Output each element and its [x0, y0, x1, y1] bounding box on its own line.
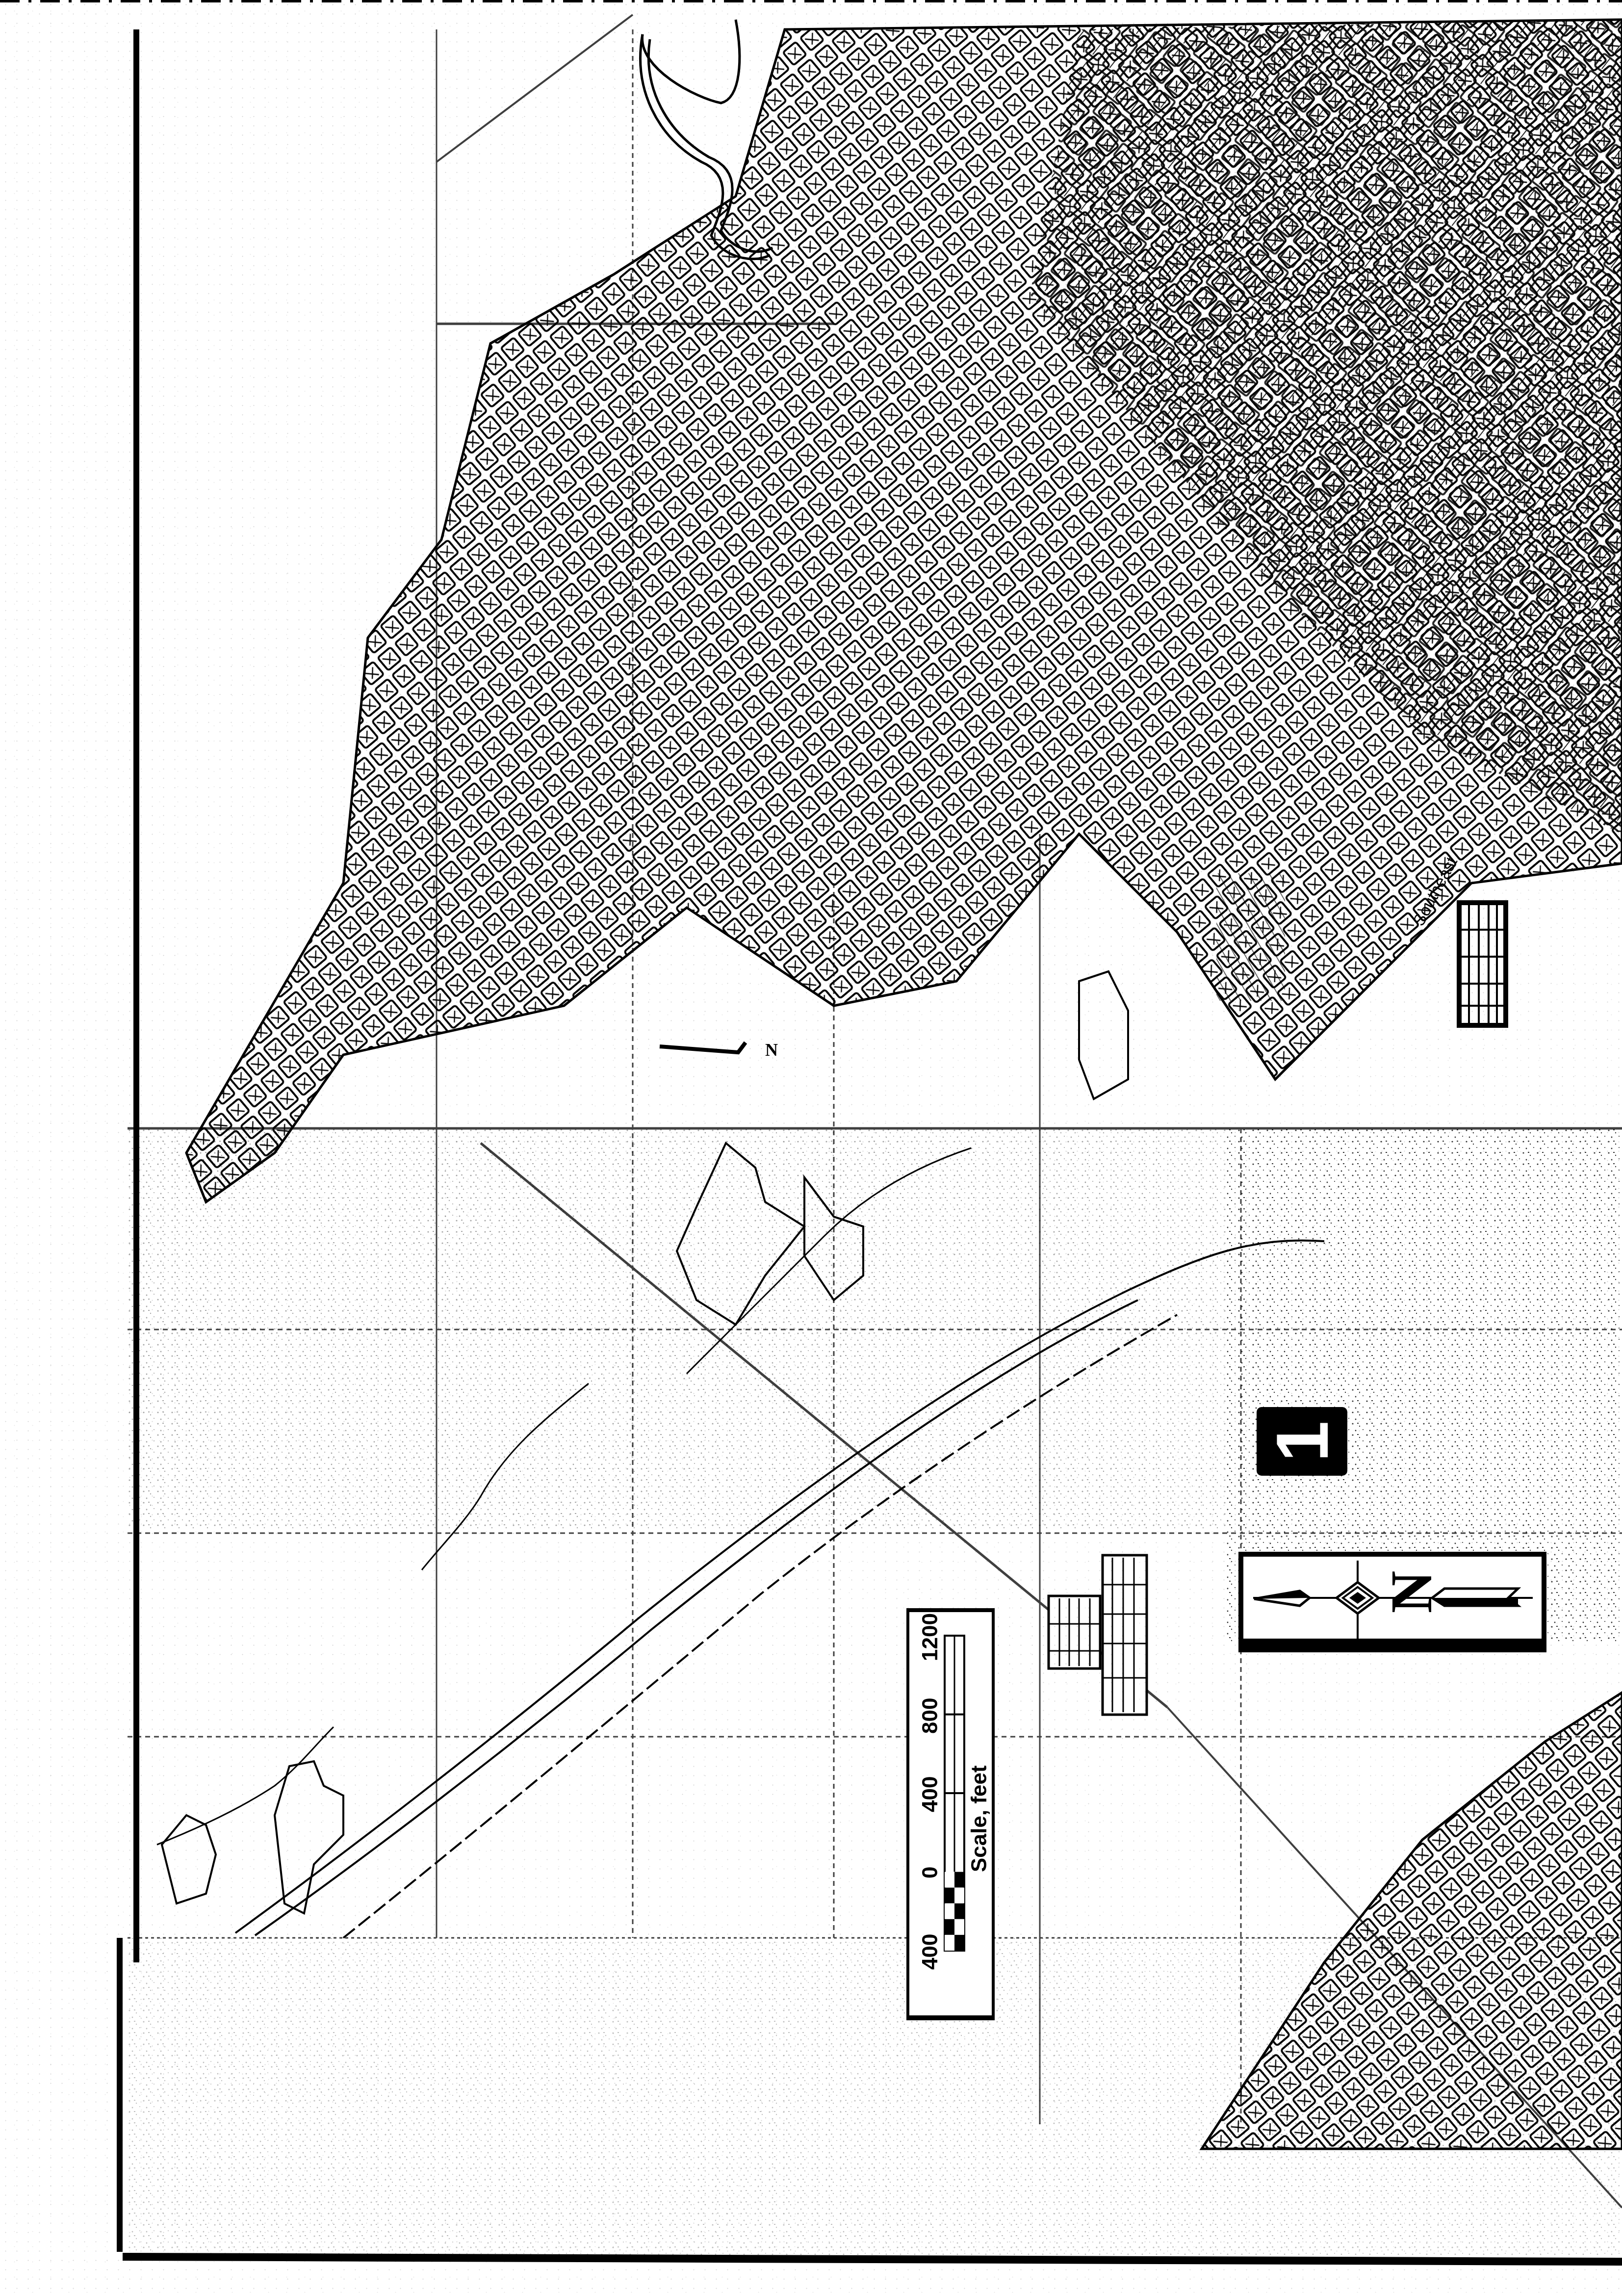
scale-tick-label: 800	[918, 1697, 943, 1733]
secondary-north-arrow: N	[660, 1040, 778, 1060]
urban-grid-upper	[186, 20, 1622, 1202]
north-letter: N	[1382, 1571, 1441, 1614]
scale-title: Scale, feet	[967, 1765, 992, 1872]
scale-bar-panel: 40004008001200 Scale, feet	[906, 1608, 995, 2020]
legend-table-upper-right	[1459, 903, 1506, 1025]
sheet-label-box: 1	[1257, 1407, 1347, 1476]
scale-tick-label: 1200	[918, 1613, 943, 1661]
scale-tick-label: 400	[918, 1776, 943, 1812]
map-canvas: Southeast N	[0, 0, 1622, 2296]
shaded-terrain	[128, 1128, 1622, 2257]
north-arrow-panel: N	[1238, 1552, 1546, 1652]
legend-table-center-small	[1049, 1596, 1100, 1669]
scale-tick-label: 0	[918, 1866, 943, 1878]
scale-tick-label: 400	[918, 1934, 943, 1970]
sheet-number: 1	[1265, 1421, 1339, 1461]
svg-text:N: N	[765, 1040, 778, 1060]
legend-table-center-large	[1103, 1555, 1147, 1715]
